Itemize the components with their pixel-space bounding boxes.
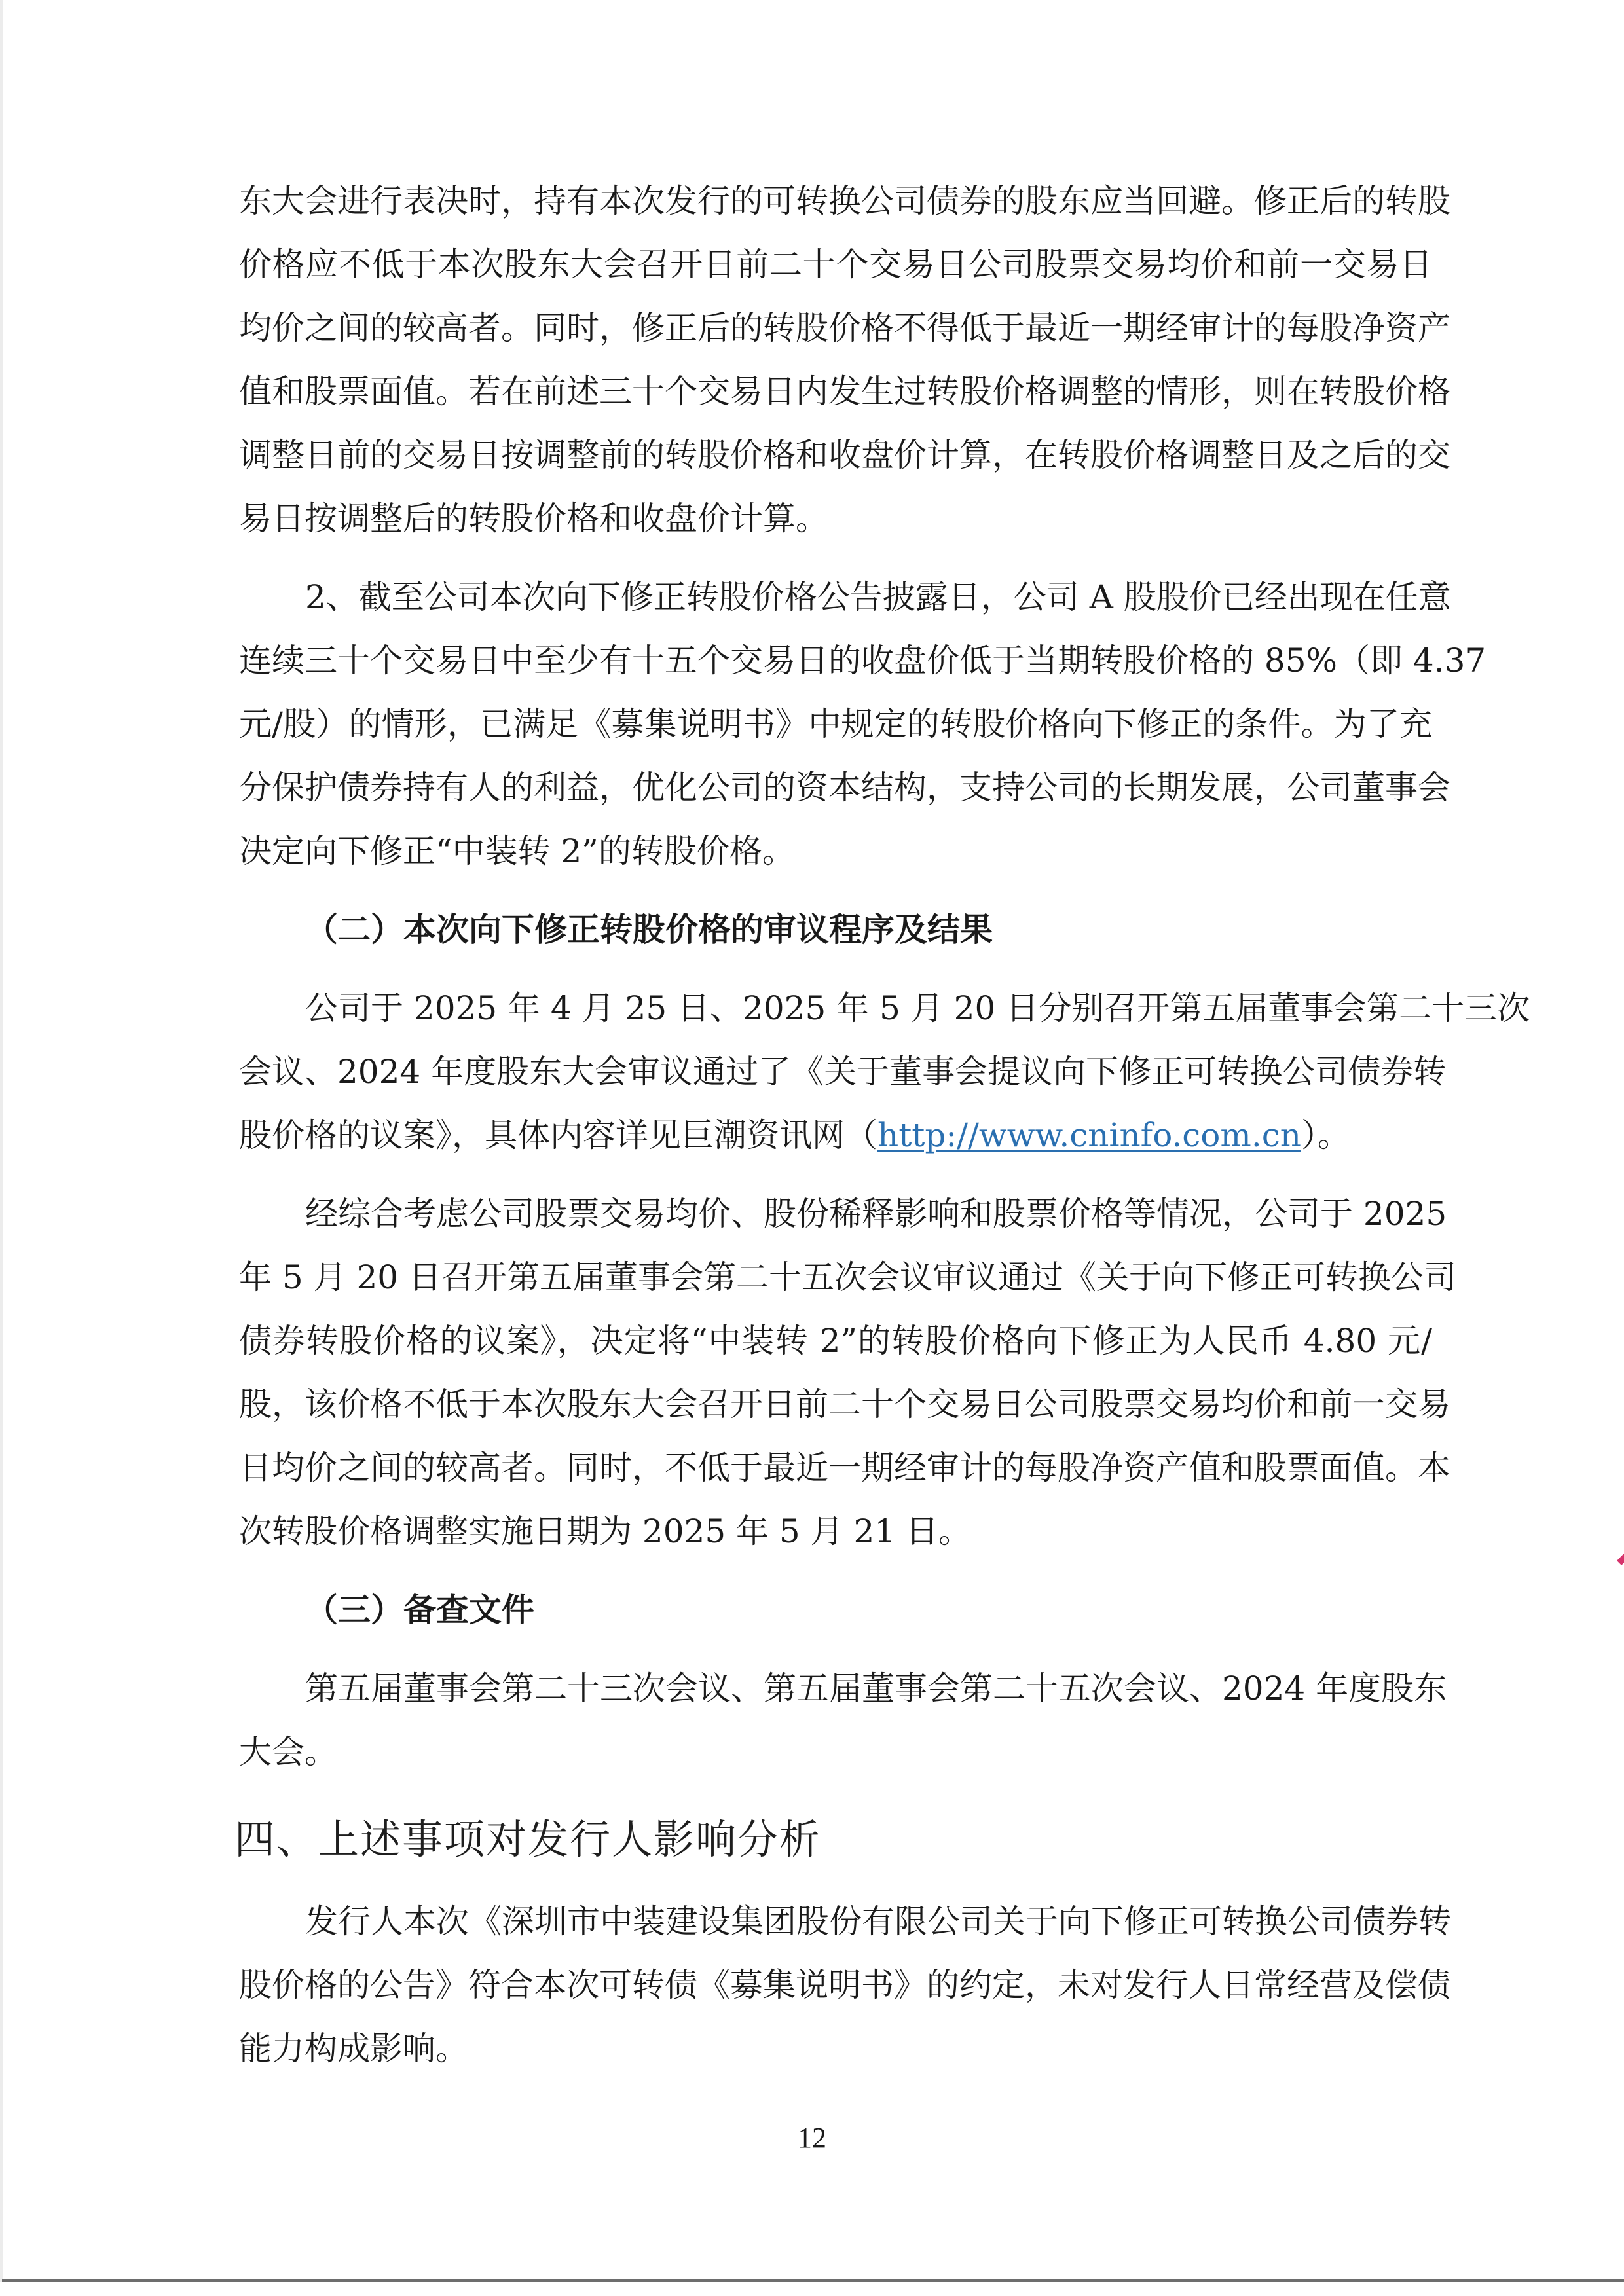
paragraph-4-line-5: 日均价之间的较高者。同时，不低于最近一期经审计的每股净资产值和股票面值。本 [239, 1445, 1432, 1491]
page-number: 12 [798, 2120, 826, 2157]
subheading-review-procedure: （二）本次向下修正转股价格的审议程序及结果 [305, 907, 993, 953]
paragraph-5-line-2: 大会。 [239, 1729, 1432, 1775]
paragraph-2-line-5: 决定向下修正“中装转 2”的转股价格。 [239, 828, 1432, 874]
paragraph-6-line-2: 股价格的公告》符合本次可转债《募集说明书》的约定，未对发行人日常经营及偿债 [239, 1962, 1432, 2008]
paragraph-6-line-3: 能力构成影响。 [239, 2026, 1432, 2071]
subheading-reference-documents: （三）备查文件 [305, 1587, 534, 1633]
paragraph-4-line-3: 债券转股价格的议案》，决定将“中装转 2”的转股价格向下修正为人民币 4.80 … [239, 1318, 1432, 1364]
paragraph-5-line-1: 第五届董事会第二十三次会议、第五届董事会第二十五次会议、2024 年度股东 [305, 1666, 1432, 1711]
paragraph-2-line-1: 2、截至公司本次向下修正转股价格公告披露日，公司 A 股股价已经出现在任意 [305, 574, 1432, 620]
paragraph-3-line-3-prefix: 股价格的议案》，具体内容详见巨潮资讯网（ [239, 1116, 877, 1154]
paragraph-1-line-6: 易日按调整后的转股价格和收盘价计算。 [239, 496, 1432, 541]
paragraph-2-line-3: 元/股）的情形，已满足《募集说明书》中规定的转股价格向下修正的条件。为了充 [239, 701, 1432, 747]
paragraph-4-line-2: 年 5 月 20 日召开第五届董事会第二十五次会议审议通过《关于向下修正可转换公… [239, 1254, 1432, 1300]
document-page: 东大会进行表决时，持有本次发行的可转换公司债券的股东应当回避。修正后的转股 价格… [0, 0, 1624, 2296]
section-heading-impact-analysis: 四、上述事项对发行人影响分析 [234, 1812, 821, 1867]
paragraph-2-line-2: 连续三十个交易日中至少有十五个交易日的收盘价低于当期转股价格的 85%（即 4.… [239, 638, 1432, 683]
paragraph-1-line-2: 价格应不低于本次股东大会召开日前二十个交易日公司股票交易均价和前一交易日 [239, 242, 1432, 287]
paragraph-1-line-4: 值和股票面值。若在前述三十个交易日内发生过转股价格调整的情形，则在转股价格 [239, 369, 1432, 414]
paragraph-4-line-6: 次转股价格调整实施日期为 2025 年 5 月 21 日。 [239, 1508, 1432, 1554]
paragraph-3-line-3: 股价格的议案》，具体内容详见巨潮资讯网（http://www.cninfo.co… [239, 1112, 1432, 1158]
paragraph-3-line-1: 公司于 2025 年 4 月 25 日、2025 年 5 月 20 日分别召开第… [305, 985, 1432, 1031]
paragraph-3-line-3-suffix: ）。 [1301, 1116, 1350, 1154]
paragraph-1-line-1: 东大会进行表决时，持有本次发行的可转换公司债券的股东应当回避。修正后的转股 [239, 178, 1432, 224]
paragraph-3-line-2: 会议、2024 年度股东大会审议通过了《关于董事会提议向下修正可转换公司债券转 [239, 1049, 1432, 1095]
paragraph-4-line-1: 经综合考虑公司股票交易均价、股份稀释影响和股票价格等情况，公司于 2025 [305, 1191, 1432, 1237]
paragraph-2-line-4: 分保护债券持有人的利益，优化公司的资本结构，支持公司的长期发展，公司董事会 [239, 765, 1432, 811]
paragraph-1-line-3: 均价之间的较高者。同时，修正后的转股价格不得低于最近一期经审计的每股净资产 [239, 305, 1432, 351]
paragraph-1-line-5: 调整日前的交易日按调整前的转股价格和收盘价计算，在转股价格调整日及之后的交 [239, 432, 1432, 478]
cninfo-link[interactable]: http://www.cninfo.com.cn [877, 1116, 1301, 1154]
scan-bottom-edge [2, 2279, 1624, 2282]
paragraph-6-line-1: 发行人本次《深圳市中装建设集团股份有限公司关于向下修正可转换公司债券转 [305, 1899, 1432, 1944]
paragraph-4-line-4: 股，该价格不低于本次股东大会召开日前二十个交易日公司股票交易均价和前一交易 [239, 1381, 1432, 1427]
